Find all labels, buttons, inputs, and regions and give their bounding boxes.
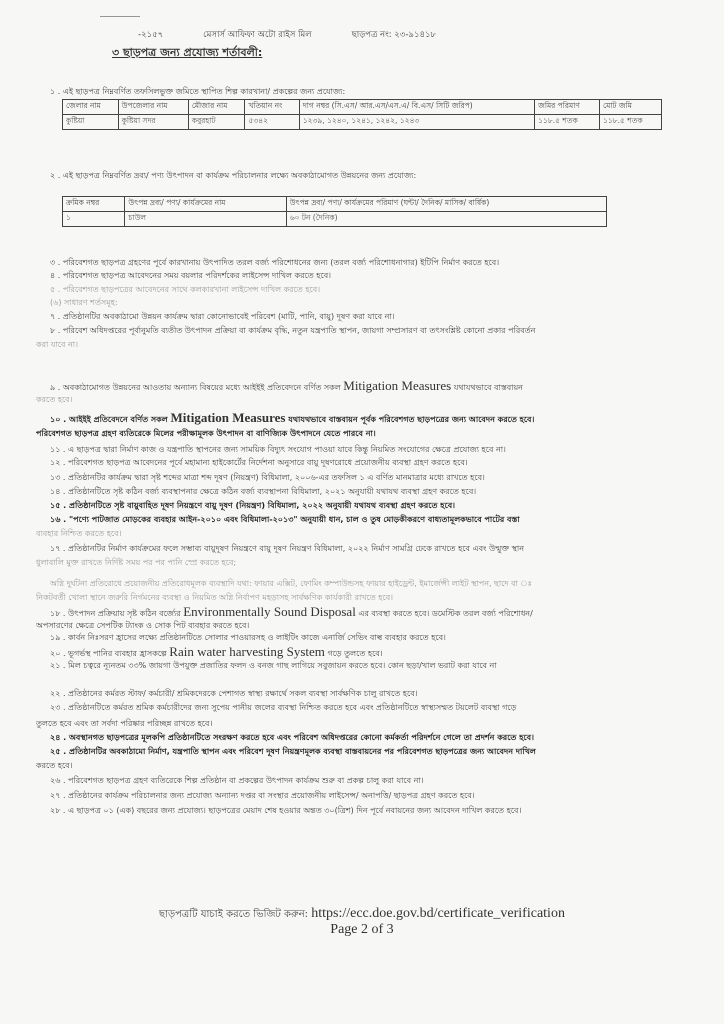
condition-line: ২০ . ভূগর্ভস্থ পানির ব্যবহার হ্রাসকল্পে … <box>50 646 700 659</box>
table-header-row: ক্রমিক নম্বরউৎপন্ন দ্রব্য/ পণ্য/ কার্যক্… <box>63 197 607 212</box>
condition-text-tail: এর ব্যবস্থা করতে হবে। ডমেস্টিক তরল বর্জ্… <box>356 609 533 618</box>
condition-line: ব্যবহার নিশ্চিত করতে হবে। <box>36 528 700 539</box>
condition-text: ব্যবহার নিশ্চিত করতে হবে। <box>36 529 121 538</box>
condition-line: ১১ . এ ছাড়পত্র দ্বারা নির্মাণ কাজ ও যন্… <box>50 444 700 455</box>
condition-line: ১৫ . প্রতিষ্ঠানটিতে সৃষ্ট বায়ুবাহিত দূষ… <box>50 500 700 511</box>
conditions-title: ৩ ছাড়পত্র জন্য প্রযোজ্য শর্তাবলী: <box>112 44 262 63</box>
condition-text: ৪ . পরিবেশগত ছাড়পত্র আবেদনের সময় বয়লা… <box>50 271 331 280</box>
condition-text: করা যাবে না। <box>36 340 78 349</box>
land-schedule-table: জেলার নামউপজেলার নামমৌজার নামখতিয়ান নংদ… <box>62 99 662 130</box>
condition-text: ২৪ . অবস্থানগত ছাড়পত্রের মূলকপি প্রতিষ্… <box>50 733 534 742</box>
condition-line: অপসারণের ক্ষেত্রে সেপটিক ট্যাংক ও সোক পি… <box>36 620 700 631</box>
table-cell: ৬০ টন (দৈনিক) <box>286 212 606 227</box>
condition-text: ৭ . প্রতিষ্ঠানটির অবকাঠামো উন্নয়ন কার্য… <box>50 312 395 321</box>
condition-text: ১৯ . কার্বন নিঃসরণ হ্রাসের লক্ষ্যে প্রতি… <box>50 633 446 642</box>
table-row: কুষ্টিয়াকুষ্টিয়া সদরকবুরহাট৫৩৪২১২৩৯, ১… <box>63 115 662 130</box>
english-term: Mitigation Measures <box>171 412 286 425</box>
column-header: জেলার নাম <box>63 100 119 115</box>
condition-text: ১৫ . প্রতিষ্ঠানটিতে সৃষ্ট বায়ুবাহিত দূষ… <box>50 501 455 510</box>
top-rule <box>100 16 140 17</box>
condition-line: পরিবেশগত ছাড়পত্র গ্রহণ ব্যতিরেকে মিলের … <box>36 428 700 439</box>
condition-line: ৭ . প্রতিষ্ঠানটির অবকাঠামো উন্নয়ন কার্য… <box>50 311 700 322</box>
column-header: উৎপন্ন দ্রব্য/ পণ্য/ কার্যক্রমের পরিমাণ … <box>286 197 606 212</box>
english-term: Rain water harvesting System <box>169 646 325 659</box>
header-company: মেসার্স আফিফা অটো রাইস মিল <box>203 28 311 42</box>
table-cell: কুষ্টিয়া সদর <box>118 115 188 130</box>
condition-text: ২০ . ভূগর্ভস্থ পানির ব্যবহার হ্রাসকল্পে <box>50 649 169 658</box>
condition-line: অগ্নি দুর্ঘটনা প্রতিরোধে প্রয়োজনীয় প্র… <box>50 578 700 589</box>
condition-line: (৬) সাধারণ শর্তসমূহ: <box>50 297 700 308</box>
condition-text: পরিবেশগত ছাড়পত্র গ্রহণ ব্যতিরেকে মিলের … <box>36 429 376 438</box>
condition-text: ধুলাবালি মুক্ত রাখতে নির্দিষ্ট সময় পর প… <box>36 558 236 567</box>
condition-line: ২৮ . এ ছাড়পত্র ০১ (এক) বছরের জন্য প্রযো… <box>50 805 700 816</box>
english-term: Mitigation Measures <box>343 380 451 393</box>
column-header: মোট জমি <box>600 100 662 115</box>
column-header: খতিয়ান নং <box>245 100 299 115</box>
clause-2-text: ২ . এই ছাড়পত্র নিম্নবর্ণিত দ্রব্য/ পণ্য… <box>50 170 700 181</box>
condition-line: ৩ . পরিবেশগত ছাড়পত্র গ্রহণের পূর্বে কার… <box>50 257 700 268</box>
condition-text: ৩ . পরিবেশগত ছাড়পত্র গ্রহণের পূর্বে কার… <box>50 258 499 267</box>
document-page: -২১৫৭ মেসার্স আফিফা অটো রাইস মিল ছাড়পত্… <box>0 0 724 1024</box>
condition-text: ১৩ . প্রতিষ্ঠানটির কার্যক্রম দ্বারা সৃষ্… <box>50 473 485 482</box>
condition-text: ১০ . আইইই প্রতিবেদনে বর্ণিত সকল <box>50 415 171 424</box>
condition-text: ২৫ . প্রতিষ্ঠানটির অবকাঠামো নির্মাণ, যন্… <box>50 747 536 756</box>
verify-label: ছাড়পত্রটি যাচাই করতে ভিজিট করুন: <box>159 909 311 920</box>
condition-text: করতে হবে। <box>36 761 73 770</box>
condition-line: ধুলাবালি মুক্ত রাখতে নির্দিষ্ট সময় পর প… <box>36 557 700 568</box>
condition-line: ১৩ . প্রতিষ্ঠানটির কার্যক্রম দ্বারা সৃষ্… <box>50 472 700 483</box>
verify-url-link[interactable]: https://ecc.doe.gov.bd/certificate_verif… <box>311 906 565 921</box>
condition-text: ২৮ . এ ছাড়পত্র ০১ (এক) বছরের জন্য প্রযো… <box>50 806 521 815</box>
clause-1-text: ১ . এই ছাড়পত্র নিম্নবর্ণিত তফসিলভুক্ত জ… <box>50 86 700 97</box>
condition-line: তুলতে হবে এবং তা সর্বদা পরিষ্কার পরিচ্ছন… <box>36 718 700 729</box>
condition-text: করতে হবে। <box>36 395 73 404</box>
english-term: Environmentally Sound Disposal <box>183 606 356 619</box>
condition-text-tail: যথাযথভাবে বাস্তবায়ন পূর্বক পরিবেশগত ছাড… <box>285 415 534 424</box>
condition-text: অপসারণের ক্ষেত্রে সেপটিক ট্যাংক ও সোক পি… <box>36 621 249 630</box>
column-header: উপজেলার নাম <box>118 100 188 115</box>
condition-text: (৬) সাধারণ শর্তসমূহ: <box>50 298 118 307</box>
condition-line: ১৪ . প্রতিষ্ঠানটিতে সৃষ্ট কঠিন বর্জ্য ব্… <box>50 486 700 497</box>
condition-text: ১৭ . প্রতিষ্ঠানটির নির্মাণ কার্যক্রমের ফ… <box>50 544 524 553</box>
header-certificate-no: ছাড়পত্র নং: ২৩-৯১৪১৮ <box>352 28 436 42</box>
condition-line: ২৫ . প্রতিষ্ঠানটির অবকাঠামো নির্মাণ, যন্… <box>50 746 700 757</box>
condition-line: করতে হবে। <box>36 760 700 771</box>
condition-line: ১৮ . উৎপাদন প্রক্রিয়ায় সৃষ্ট কঠিন বর্জ… <box>50 606 700 619</box>
condition-text: ২৬ . পরিবেশগত ছাড়পত্র গ্রহণ ব্যতিরেকে শ… <box>50 776 424 785</box>
condition-line: ৮ . পরিবেশ অধিদপ্তরের পূর্বানুমতি ব্যতীত… <box>50 325 700 336</box>
condition-line: করা যাবে না। <box>36 339 700 350</box>
condition-text: ৫ . পরিবেশগত ছাড়পত্রের আবেদনের সাথে কলক… <box>50 285 320 294</box>
table-header-row: জেলার নামউপজেলার নামমৌজার নামখতিয়ান নংদ… <box>63 100 662 115</box>
page-number: Page 2 of 3 <box>0 922 724 938</box>
condition-text: ২১ . মিল চত্বরে ন্যূনতম ৩৩% জায়গা উপযুক… <box>50 661 497 670</box>
table-cell: কবুরহাট <box>188 115 245 130</box>
column-header: দাগ নম্বর (সি.এস/ আর.এস/এস.এ/ বি.এস/ সিট… <box>299 100 534 115</box>
column-header: মৌজার নাম <box>188 100 245 115</box>
condition-text: অগ্নি দুর্ঘটনা প্রতিরোধে প্রয়োজনীয় প্র… <box>50 579 532 588</box>
condition-text: ২৭ . প্রতিষ্ঠানের কার্যক্রম পরিচালনার জন… <box>50 791 475 800</box>
condition-line: ২৬ . পরিবেশগত ছাড়পত্র গ্রহণ ব্যতিরেকে শ… <box>50 775 700 786</box>
condition-line: ২১ . মিল চত্বরে ন্যূনতম ৩৩% জায়গা উপযুক… <box>50 660 700 671</box>
condition-line: ১৭ . প্রতিষ্ঠানটির নির্মাণ কার্যক্রমের ফ… <box>50 543 700 554</box>
header-ref: -২১৫৭ <box>138 28 163 42</box>
condition-text: তুলতে হবে এবং তা সর্বদা পরিষ্কার পরিচ্ছন… <box>36 719 212 728</box>
table-cell: চাউল <box>125 212 286 227</box>
table-cell: ১১৮.৫ শতক <box>600 115 662 130</box>
condition-text-tail: গড়ে তুলতে হবে। <box>325 649 383 658</box>
column-header: ক্রমিক নম্বর <box>63 197 125 212</box>
table-cell: ৫৩৪২ <box>245 115 299 130</box>
table-cell: ১২৩৯, ১২৪০, ১২৪১, ১২৪২, ১২৪৩ <box>299 115 534 130</box>
condition-line: ২২ . প্রতিষ্ঠানের কর্মরত স্টাফ/ কর্মচারী… <box>50 688 700 699</box>
condition-line: ৪ . পরিবেশগত ছাড়পত্র আবেদনের সময় বয়লা… <box>50 270 700 281</box>
condition-line: ১৬ . "পণ্যে পাটজাত মোড়কের ব্যবহার আইন-২… <box>50 514 700 525</box>
condition-line: ২৩ . প্রতিষ্ঠানটিতে কর্মরত শ্রমিক কর্মচা… <box>50 702 700 713</box>
product-table: ক্রমিক নম্বরউৎপন্ন দ্রব্য/ পণ্য/ কার্যক্… <box>62 196 607 227</box>
condition-text: ২২ . প্রতিষ্ঠানের কর্মরত স্টাফ/ কর্মচারী… <box>50 689 418 698</box>
page-header: -২১৫৭ মেসার্স আফিফা অটো রাইস মিল ছাড়পত্… <box>138 28 436 42</box>
condition-text: ১৪ . প্রতিষ্ঠানটিতে সৃষ্ট কঠিন বর্জ্য ব্… <box>50 487 476 496</box>
condition-line: ১০ . আইইই প্রতিবেদনে বর্ণিত সকল Mitigati… <box>50 412 700 425</box>
condition-text-tail: যথাযথভাবে বাস্তবায়ন <box>451 383 523 392</box>
condition-text: ১৬ . "পণ্যে পাটজাত মোড়কের ব্যবহার আইন-২… <box>50 515 520 524</box>
condition-line: নিকটবর্তী খোলা স্থানে জরুরি নির্গমনের ব্… <box>36 592 700 603</box>
table-cell: ১১৮.৫ শতক <box>535 115 600 130</box>
condition-line: ৯ . অবকাঠামোগত উন্নয়নের আওতায় অন্যান্য… <box>50 380 700 393</box>
condition-line: ২৪ . অবস্থানগত ছাড়পত্রের মূলকপি প্রতিষ্… <box>50 732 700 743</box>
condition-line: ১২ . পরিবেশগত ছাড়পত্র আবেদনের পূর্বে মহ… <box>50 457 700 468</box>
condition-text: ১৮ . উৎপাদন প্রক্রিয়ায় সৃষ্ট কঠিন বর্জ… <box>50 609 183 618</box>
table-cell: ১ <box>63 212 125 227</box>
condition-text: ৮ . পরিবেশ অধিদপ্তরের পূর্বানুমতি ব্যতীত… <box>50 326 535 335</box>
condition-text: ১২ . পরিবেশগত ছাড়পত্র আবেদনের পূর্বে মহ… <box>50 458 468 467</box>
condition-text: নিকটবর্তী খোলা স্থানে জরুরি নির্গমনের ব্… <box>36 593 393 602</box>
condition-line: করতে হবে। <box>36 394 700 405</box>
table-row: ১চাউল৬০ টন (দৈনিক) <box>63 212 607 227</box>
condition-line: ৫ . পরিবেশগত ছাড়পত্রের আবেদনের সাথে কলক… <box>50 284 700 295</box>
condition-text: ৯ . অবকাঠামোগত উন্নয়নের আওতায় অন্যান্য… <box>50 383 343 392</box>
condition-text: ১১ . এ ছাড়পত্র দ্বারা নির্মাণ কাজ ও যন্… <box>50 445 506 454</box>
condition-line: ২৭ . প্রতিষ্ঠানের কার্যক্রম পরিচালনার জন… <box>50 790 700 801</box>
condition-text: ২৩ . প্রতিষ্ঠানটিতে কর্মরত শ্রমিক কর্মচা… <box>50 703 516 712</box>
table-cell: কুষ্টিয়া <box>63 115 119 130</box>
column-header: উৎপন্ন দ্রব্য/ পণ্য/ কার্যক্রমের নাম <box>125 197 286 212</box>
column-header: জমির পরিমাণ <box>535 100 600 115</box>
condition-line: ১৯ . কার্বন নিঃসরণ হ্রাসের লক্ষ্যে প্রতি… <box>50 632 700 643</box>
